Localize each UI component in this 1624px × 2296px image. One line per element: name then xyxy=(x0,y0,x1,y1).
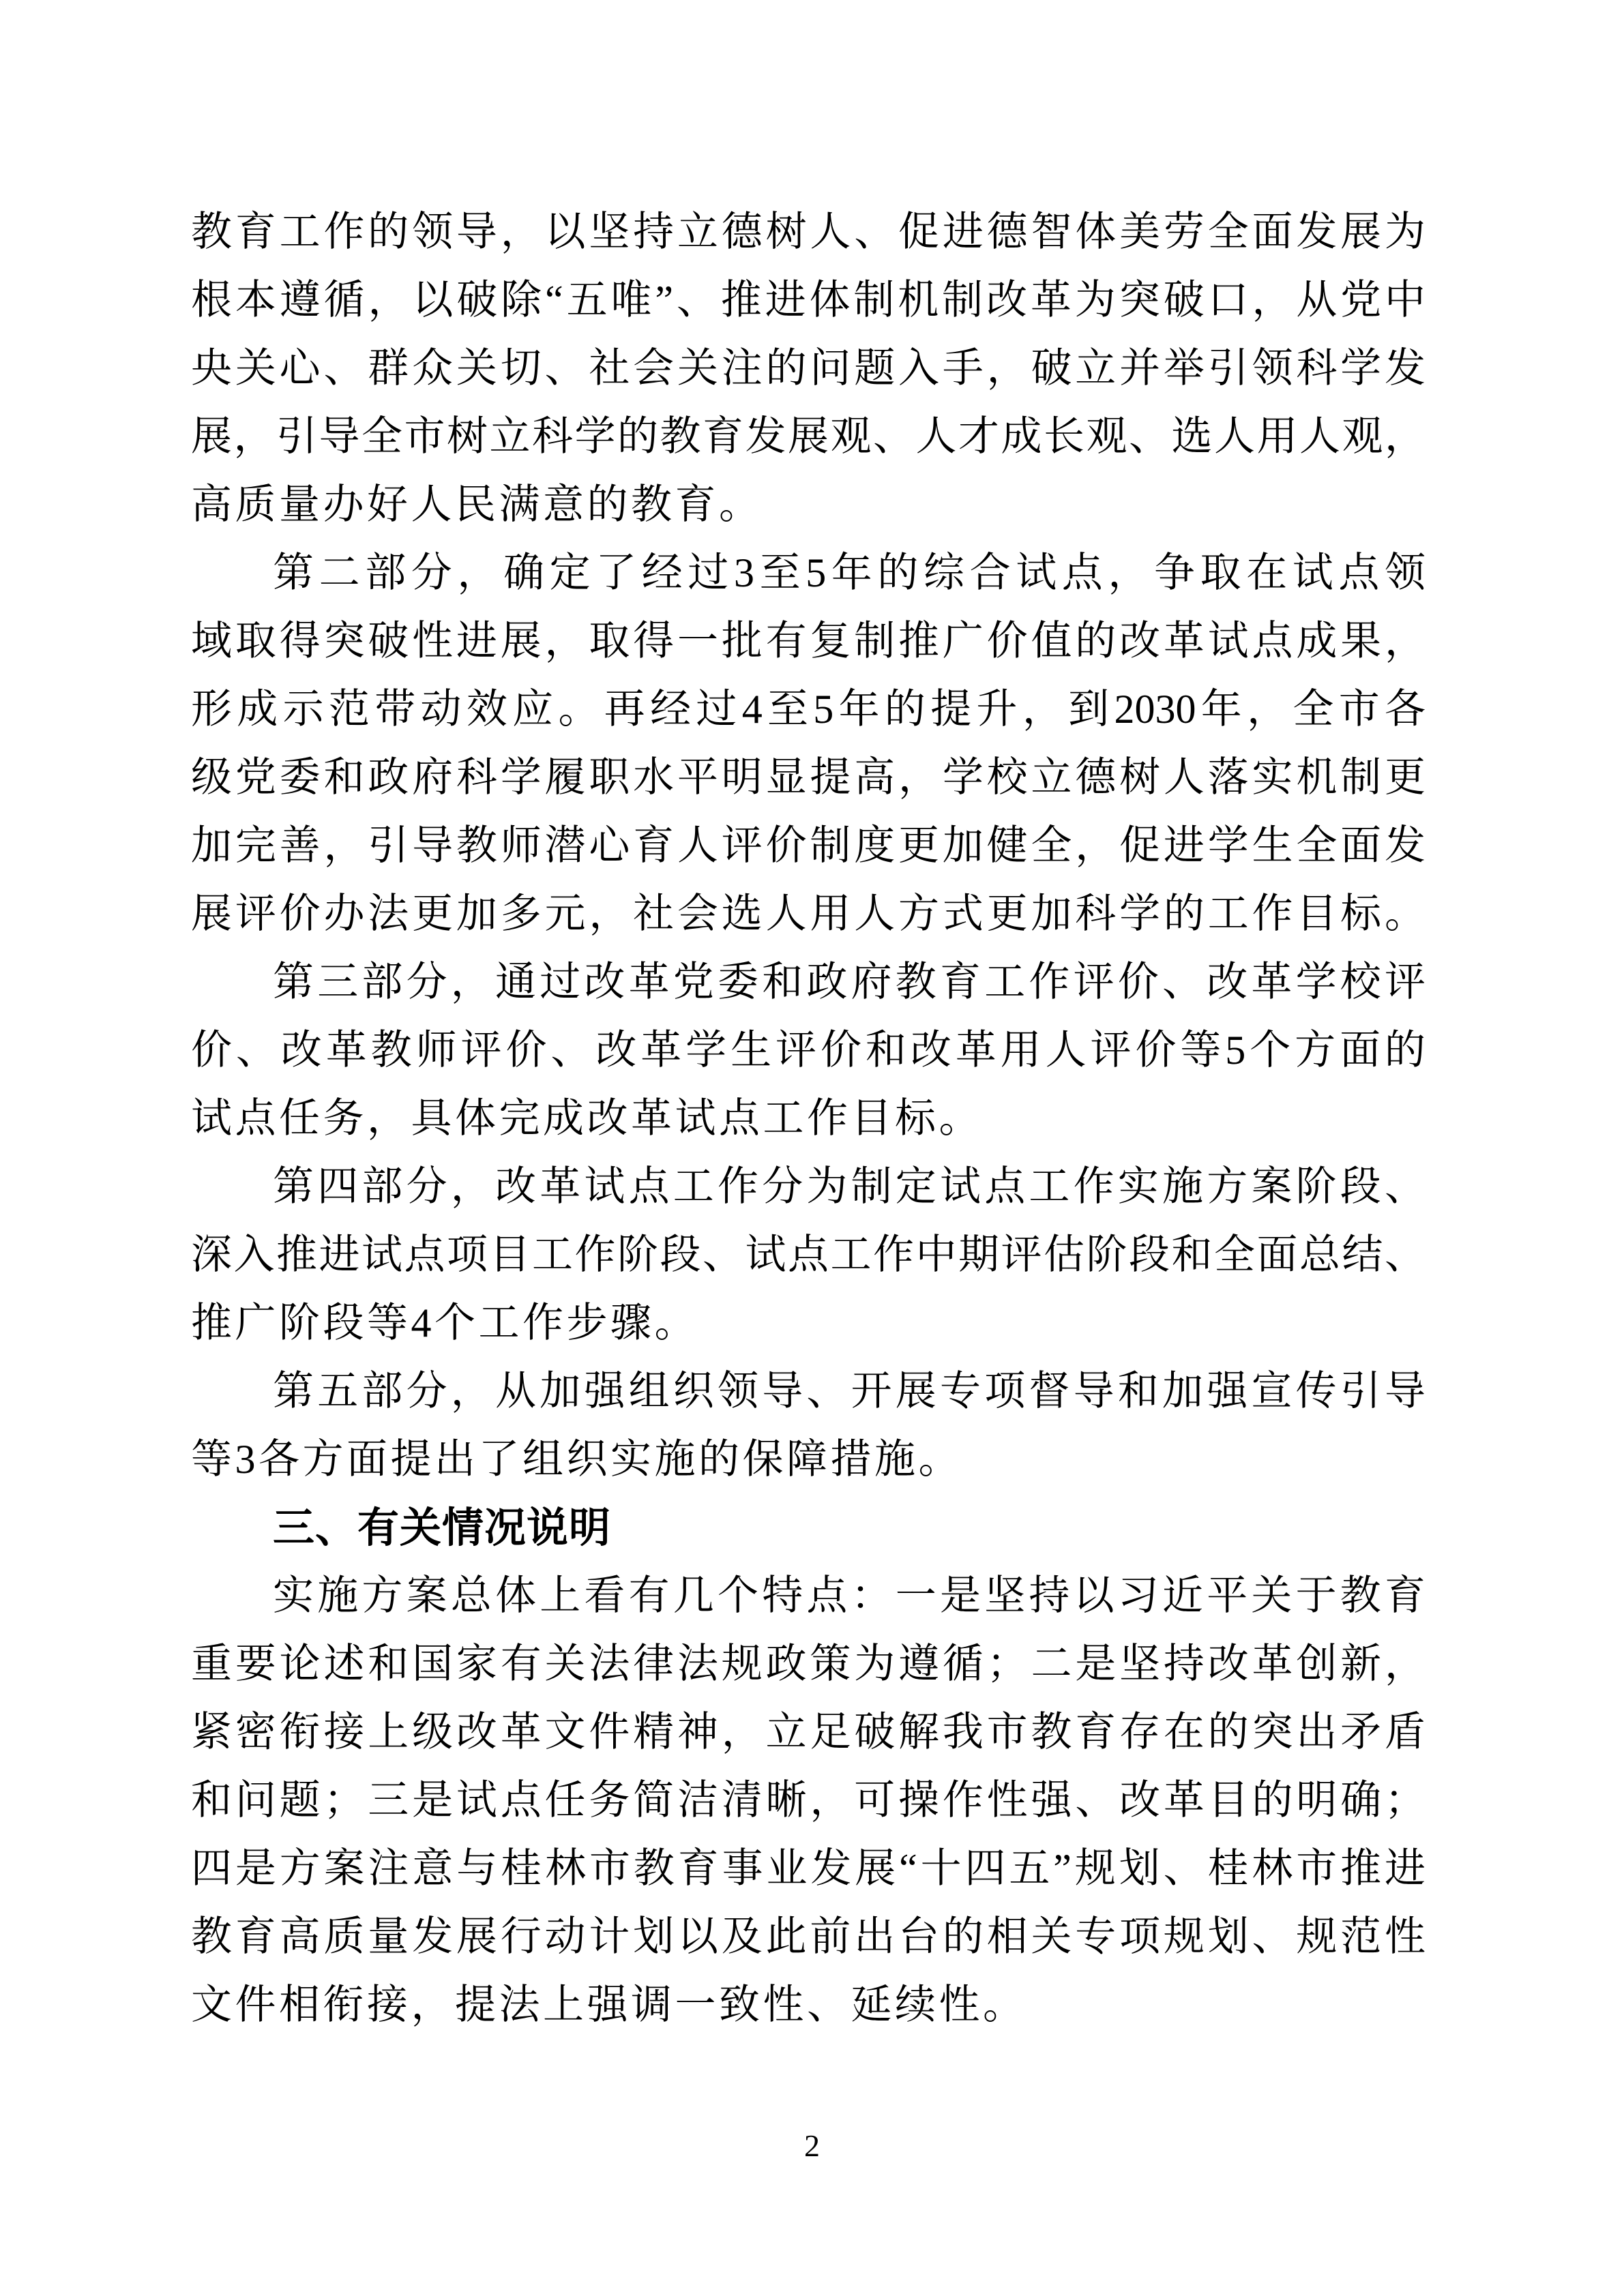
text-line: 教育工作的领导，以坚持立德树人、促进德智体美劳全面发展为 xyxy=(191,198,1426,266)
page-footer: 2 xyxy=(0,2122,1624,2170)
text-line: 推广阶段等4个工作步骤。 xyxy=(191,1289,1426,1357)
text-line: 级党委和政府科学履职水平明显提高，学校立德树人落实机制更 xyxy=(191,743,1426,811)
text-line: 教育高质量发展行动计划以及此前出台的相关专项规划、规范性 xyxy=(191,1903,1426,1971)
text-line: 试点任务，具体完成改革试点工作目标。 xyxy=(191,1084,1426,1152)
text-line: 第四部分，改革试点工作分为制定试点工作实施方案阶段、 xyxy=(191,1152,1426,1221)
text-line: 文件相衔接，提法上强调一致性、延续性。 xyxy=(191,1971,1426,2039)
text-line: 央关心、群众关切、社会关注的问题入手，破立并举引领科学发 xyxy=(191,334,1426,402)
page-number: 2 xyxy=(0,2122,1624,2170)
document-body: 教育工作的领导，以坚持立德树人、促进德智体美劳全面发展为根本遵循，以破除“五唯”… xyxy=(191,198,1426,2039)
text-line: 四是方案注意与桂林市教育事业发展“十四五”规划、桂林市推进 xyxy=(191,1834,1426,1903)
text-line: 高质量办好人民满意的教育。 xyxy=(191,471,1426,539)
text-line: 价、改革教师评价、改革学生评价和改革用人评价等5个方面的 xyxy=(191,1016,1426,1084)
text-line: 形成示范带动效应。再经过4至5年的提升，到2030年，全市各 xyxy=(191,675,1426,743)
text-line: 加完善，引导教师潜心育人评价制度更加健全，促进学生全面发 xyxy=(191,811,1426,880)
text-line: 展，引导全市树立科学的教育发展观、人才成长观、选人用人观， xyxy=(191,402,1426,471)
text-line: 深入推进试点项目工作阶段、试点工作中期评估阶段和全面总结、 xyxy=(191,1221,1426,1289)
text-line: 第二部分，确定了经过3至5年的综合试点，争取在试点领 xyxy=(191,539,1426,607)
text-line: 紧密衔接上级改革文件精神，立足破解我市教育存在的突出矛盾 xyxy=(191,1698,1426,1766)
text-line: 展评价办法更加多元，社会选人用人方式更加科学的工作目标。 xyxy=(191,880,1426,948)
text-line: 根本遵循，以破除“五唯”、推进体制机制改革为突破口，从党中 xyxy=(191,266,1426,334)
text-line: 实施方案总体上看有几个特点：一是坚持以习近平关于教育 xyxy=(191,1562,1426,1630)
document-page: { "page": { "background_color": "#ffffff… xyxy=(0,0,1624,2296)
text-line: 重要论述和国家有关法律法规政策为遵循；二是坚持改革创新， xyxy=(191,1630,1426,1698)
text-line: 域取得突破性进展，取得一批有复制推广价值的改革试点成果， xyxy=(191,607,1426,675)
text-line: 和问题；三是试点任务简洁清晰，可操作性强、改革目的明确； xyxy=(191,1766,1426,1834)
section-heading: 三、有关情况说明 xyxy=(191,1493,1426,1562)
text-line: 第五部分，从加强组织领导、开展专项督导和加强宣传引导 xyxy=(191,1357,1426,1425)
text-line: 等3各方面提出了组织实施的保障措施。 xyxy=(191,1425,1426,1493)
text-line: 第三部分，通过改革党委和政府教育工作评价、改革学校评 xyxy=(191,948,1426,1016)
